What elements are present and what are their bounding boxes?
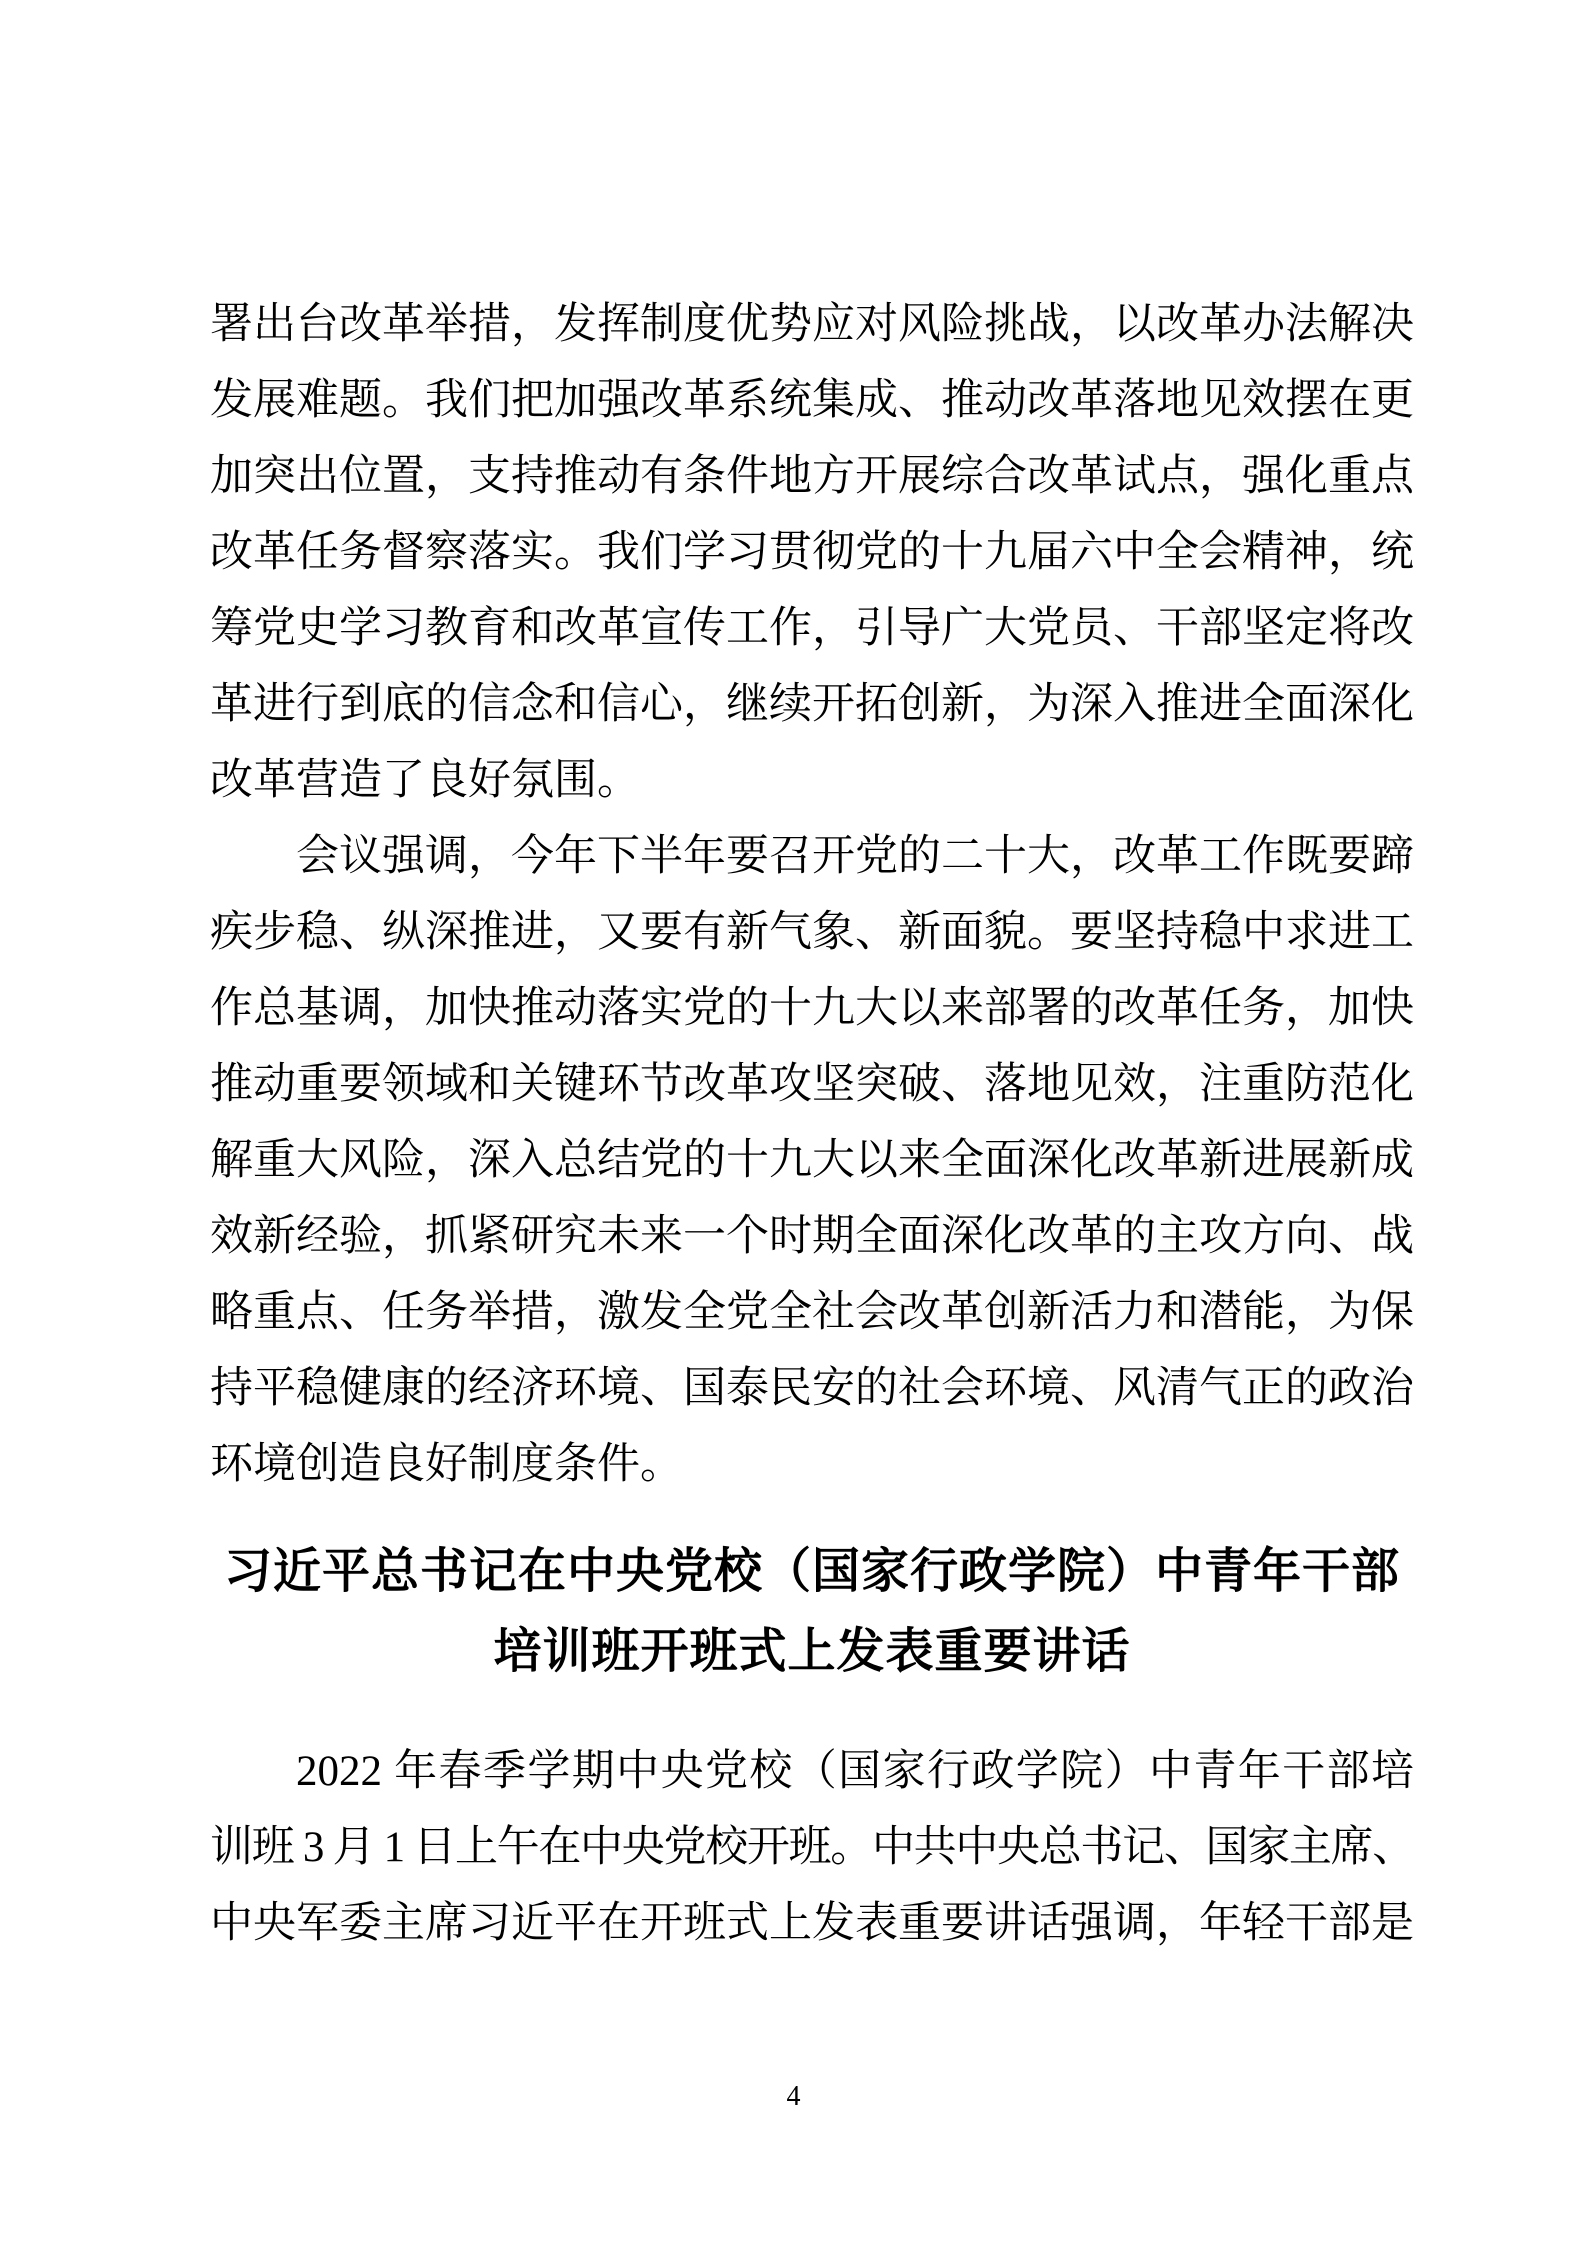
text-line: 中央军委主席习近平在开班式上发表重要讲话强调，年轻干部是: [210, 1886, 1414, 1962]
text-line: 解重大风险，深入总结党的十九大以来全面深化改革新进展新成: [210, 1123, 1414, 1199]
text-line: 效新经验，抓紧研究未来一个时期全面深化改革的主攻方向、战: [210, 1199, 1414, 1275]
page-number: 4: [787, 2081, 801, 2112]
text-line: 会议强调，今年下半年要召开党的二十大，改革工作既要蹄: [210, 819, 1414, 895]
text-line: 2022 年春季学期中央党校（国家行政学院）中青年干部培: [210, 1734, 1414, 1810]
text-line: 发展难题。我们把加强改革系统集成、推动改革落地见效摆在更: [210, 363, 1414, 439]
text-line: 加突出位置，支持推动有条件地方开展综合改革试点，强化重点: [210, 439, 1414, 515]
text-line: 作总基调，加快推动落实党的十九大以来部署的改革任务，加快: [210, 971, 1414, 1047]
text-line: 疾步稳、纵深推进，又要有新气象、新面貌。要坚持稳中求进工: [210, 895, 1414, 971]
text-line: 持平稳健康的经济环境、国泰民安的社会环境、风清气正的政治: [210, 1351, 1414, 1427]
paragraph-meeting-emphasis: 会议强调，今年下半年要召开党的二十大，改革工作既要蹄疾步稳、纵深推进，又要有新气…: [210, 819, 1414, 1503]
paragraph-training-class-opening: 2022 年春季学期中央党校（国家行政学院）中青年干部培训班 3 月 1 日上午…: [210, 1734, 1414, 1962]
article-heading: 习近平总书记在中央党校（国家行政学院）中青年干部培训班开班式上发表重要讲话: [210, 1532, 1414, 1692]
paragraph-reform-continuation: 署出台改革举措，发挥制度优势应对风险挑战，以改革办法解决发展难题。我们把加强改革…: [210, 287, 1414, 819]
text-line: 习近平总书记在中央党校（国家行政学院）中青年干部: [210, 1532, 1414, 1612]
text-line: 改革任务督察落实。我们学习贯彻党的十九届六中全会精神，统: [210, 515, 1414, 591]
text-line: 署出台改革举措，发挥制度优势应对风险挑战，以改革办法解决: [210, 287, 1414, 363]
text-line: 筹党史学习教育和改革宣传工作，引导广大党员、干部坚定将改: [210, 591, 1414, 667]
document-text: 署出台改革举措，发挥制度优势应对风险挑战，以改革办法解决发展难题。我们把加强改革…: [210, 287, 1414, 1962]
text-line: 改革营造了良好氛围。: [210, 743, 1414, 819]
text-line: 环境创造良好制度条件。: [210, 1427, 1414, 1503]
text-line: 训班 3 月 1 日上午在中央党校开班。中共中央总书记、国家主席、: [210, 1810, 1414, 1886]
text-line: 推动重要领域和关键环节改革攻坚突破、落地见效，注重防范化: [210, 1047, 1414, 1123]
text-line: 培训班开班式上发表重要讲话: [210, 1612, 1414, 1692]
text-line: 略重点、任务举措，激发全党全社会改革创新活力和潜能，为保: [210, 1275, 1414, 1351]
page-footer: 4: [0, 2083, 1587, 2111]
document-page: 署出台改革举措，发挥制度优势应对风险挑战，以改革办法解决发展难题。我们把加强改革…: [0, 0, 1587, 2245]
text-line: 革进行到底的信念和信心，继续开拓创新，为深入推进全面深化: [210, 667, 1414, 743]
